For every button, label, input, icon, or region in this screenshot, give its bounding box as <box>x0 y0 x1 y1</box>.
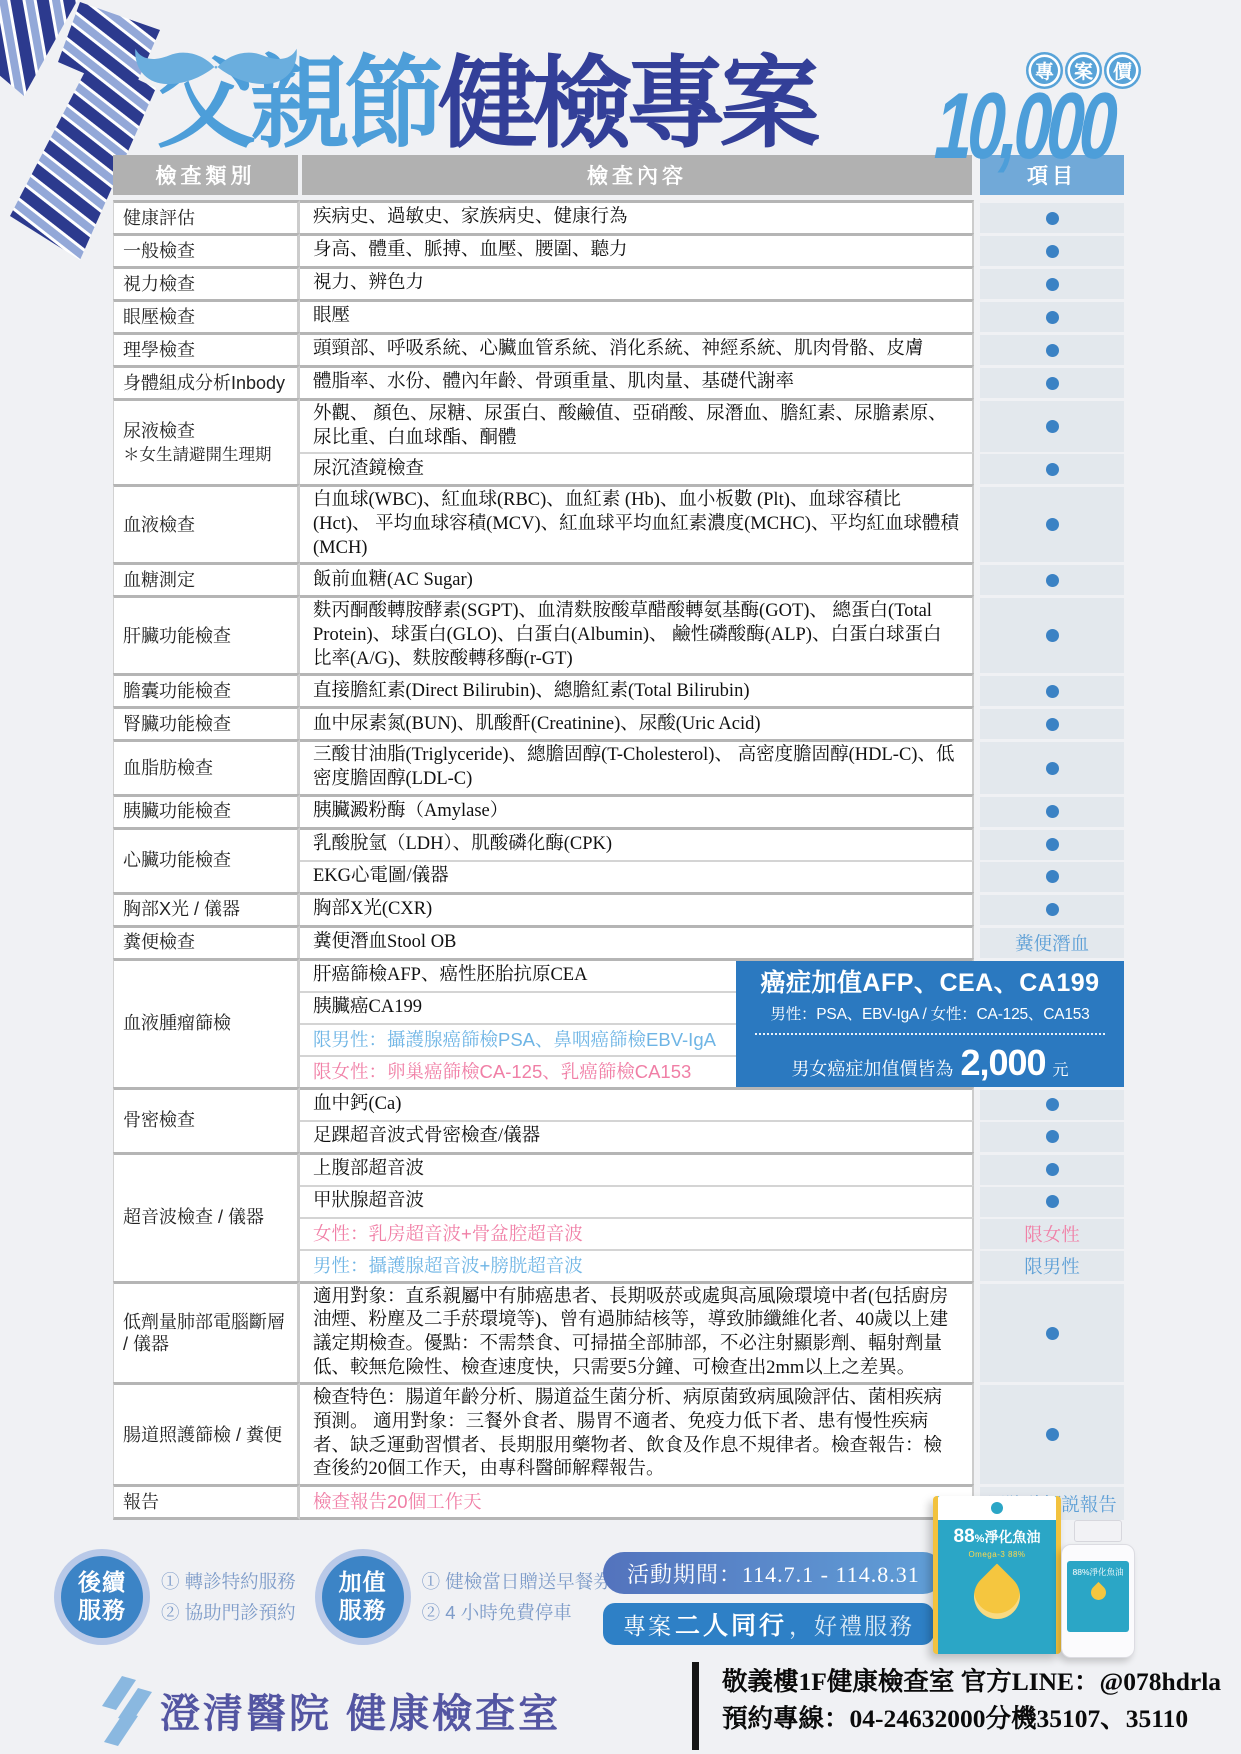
included-dot <box>1046 629 1059 642</box>
table-group: 眼壓檢查眼壓 <box>113 299 1124 332</box>
included-dot <box>1046 805 1059 818</box>
category-label: 血脂肪檢查 <box>123 757 288 780</box>
included-dot <box>1046 1327 1059 1340</box>
table-group: 血糖測定飯前血糖(AC Sugar) <box>113 562 1124 595</box>
item-cell <box>980 236 1124 266</box>
table-group: 身體組成分析Inbody體脂率、水份、體內年齡、骨頭重量、肌肉量、基礎代謝率 <box>113 365 1124 398</box>
item-cell <box>980 1090 1124 1120</box>
included-dot <box>1046 1098 1059 1111</box>
content-cell: 視力、辨色力 <box>300 266 974 299</box>
category-cell: 超音波檢查 / 儀器 <box>113 1152 300 1281</box>
cancer-addon-box: 癌症加值AFP、CEA、CA199男性：PSA、EBV-IgA / 女性：CA-… <box>736 961 1124 1087</box>
badge-char: 價 <box>1104 52 1141 89</box>
content-cell: 適用對象：直系親屬中有肺癌患者、長期吸菸或處與高風險環境中者(包括廚房油煙、粉塵… <box>300 1281 974 1383</box>
item-cell <box>980 709 1124 739</box>
table-group: 胰臟功能檢查胰臟澱粉酶（Amylase） <box>113 794 1124 827</box>
table-group: 血脂肪檢查三酸甘油脂(Triglyceride)、總膽固醇(T-Choleste… <box>113 739 1124 793</box>
content-cell: 外觀、 顏色、尿糖、尿蛋白、酸鹼值、亞硝酸、尿潛血、膽紅素、尿膽素原、 尿比重、… <box>300 398 974 452</box>
omega-text: Omega-3 88% <box>968 1550 1025 1559</box>
badge-char: 專 <box>1026 52 1063 89</box>
col-header-content: 檢查內容 <box>302 155 972 195</box>
item-cell <box>980 269 1124 299</box>
fish-oil-bottle: 88%淨化魚油 <box>1061 1520 1135 1658</box>
category-label: 腸道照護篩檢 / 糞便 <box>123 1424 288 1447</box>
category-label: 糞便檢查 <box>123 931 288 954</box>
contact-location-line: 敬義樓1F健康檢查室 官方LINE：@078hdrla <box>722 1664 1221 1701</box>
included-dot <box>1046 838 1059 851</box>
item-cell <box>980 797 1124 827</box>
content-cell: 尿沉渣鏡檢查 <box>300 452 974 484</box>
table-group: 健康評估疾病史、過敏史、家族病史、健康行為 <box>113 200 1124 233</box>
category-cell: 眼壓檢查 <box>113 299 300 332</box>
followup-service-badge: 後續 服務 <box>61 1556 143 1638</box>
table-group: 肝臟功能檢查麩丙酮酸轉胺酵素(SGPT)、血清麩胺酸草醋酸轉氨基酶(GOT)、 … <box>113 595 1124 673</box>
fish-oil-product: 88%淨化魚油 Omega-3 88% 88%淨化魚油 <box>933 1496 1145 1662</box>
item-cell <box>980 1155 1124 1185</box>
category-cell: 身體組成分析Inbody <box>113 365 300 398</box>
category-label: 健康評估 <box>123 207 288 230</box>
table-group: 低劑量肺部電腦斷層 / 儀器適用對象：直系親屬中有肺癌患者、長期吸菸或處與高風險… <box>113 1281 1124 1383</box>
category-cell: 理學檢查 <box>113 332 300 365</box>
content-cell: EKG心電圖/儀器 <box>300 860 974 892</box>
category-cell: 血糖測定 <box>113 562 300 595</box>
category-cell: 低劑量肺部電腦斷層 / 儀器 <box>113 1281 300 1383</box>
category-cell: 視力檢查 <box>113 266 300 299</box>
item-cell <box>980 1187 1124 1217</box>
mustache-icon <box>132 46 300 102</box>
category-label: 血液檢查 <box>123 514 288 537</box>
badge-char: 案 <box>1065 52 1102 89</box>
mini-droplet-icon <box>1087 1582 1108 1603</box>
content-cell: 血中尿素氮(BUN)、肌酸酐(Creatinine)、尿酸(Uric Acid) <box>300 706 974 739</box>
category-cell: 血液腫瘤篩檢 <box>113 958 300 1087</box>
item-cell <box>980 598 1124 673</box>
item-cell <box>980 454 1124 484</box>
content-cell: 眼壓 <box>300 299 974 332</box>
col-header-category: 檢查類別 <box>113 155 298 195</box>
included-dot <box>1046 574 1059 587</box>
badge-text: 服務 <box>78 1597 126 1625</box>
content-cell: 飯前血糖(AC Sugar) <box>300 562 974 595</box>
included-dot <box>1046 1130 1059 1143</box>
promo-period-pill: 活動期間：114.7.1 - 114.8.31 <box>603 1552 944 1594</box>
category-cell: 健康評估 <box>113 200 300 233</box>
addon-service: 加值 服務 ① 健檢當日贈送早餐券一張 ② 4 小時免費停車 <box>322 1556 649 1638</box>
item-cell <box>980 203 1124 233</box>
category-cell: 腸道照護篩檢 / 糞便 <box>113 1382 300 1484</box>
item-cell <box>980 895 1124 925</box>
item-cell <box>980 401 1124 452</box>
item-cell: 限女性 <box>980 1219 1124 1249</box>
item-cell <box>980 1385 1124 1484</box>
content-cell: 胸部X光(CXR) <box>300 892 974 925</box>
included-dot <box>1046 685 1059 698</box>
table-group: 視力檢查視力、辨色力 <box>113 266 1124 299</box>
content-cell: 檢查特色：腸道年齡分析、腸道益生菌分析、病原菌致病風險評估、菌相疾病預測。 適用… <box>300 1382 974 1484</box>
item-cell: 糞便潛血 <box>980 928 1124 958</box>
included-dot <box>1046 1195 1059 1208</box>
promo-slogan-bar: 專案二人同行，好禮服務 <box>603 1603 934 1645</box>
flyer-page: 父親節健檢專案 10,000 專 案 價 檢查類別 檢查內容 項目 健康評估疾病… <box>0 0 1241 1754</box>
category-label: 血糖測定 <box>123 569 288 592</box>
promo-block: 活動期間：114.7.1 - 114.8.31 專案二人同行，好禮服務 <box>603 1552 944 1645</box>
content-cell: 血中鈣(Ca) <box>300 1087 974 1120</box>
content-cell: 男性：攝護腺超音波+膀胱超音波 <box>300 1249 974 1281</box>
included-dot <box>1046 870 1059 883</box>
hospital-logo-icon <box>102 1676 154 1746</box>
item-cell <box>980 565 1124 595</box>
table-group: 血液檢查白血球(WBC)、紅血球(RBC)、血紅素 (Hb)、血小板數 (Plt… <box>113 484 1124 562</box>
hospital-name: 澄清醫院 健康檢查室 <box>160 1682 561 1739</box>
category-label: 理學檢查 <box>123 339 288 362</box>
footer-divider <box>692 1662 699 1750</box>
included-dot <box>1046 518 1059 531</box>
category-cell: 胸部X光 / 儀器 <box>113 892 300 925</box>
category-cell: 腎臟功能檢查 <box>113 706 300 739</box>
content-cell: 足踝超音波式骨密檢查/儀器 <box>300 1120 974 1152</box>
content-cell: 白血球(WBC)、紅血球(RBC)、血紅素 (Hb)、血小板數 (Plt)、血球… <box>300 484 974 562</box>
cancer-box-priceline: 男女癌症加值價皆為2,000元 <box>791 1042 1068 1084</box>
category-cell: 膽囊功能檢查 <box>113 673 300 706</box>
item-cell <box>980 862 1124 892</box>
cancer-box-subtitle: 男性：PSA、EBV-IgA / 女性：CA-125、CA153 <box>770 1002 1089 1024</box>
content-cell: 胰臟澱粉酶（Amylase） <box>300 794 974 827</box>
category-cell: 胰臟功能檢查 <box>113 794 300 827</box>
fish-oil-box: 88%淨化魚油 Omega-3 88% <box>933 1496 1061 1654</box>
badge-text: 服務 <box>339 1597 387 1625</box>
category-cell: 血脂肪檢查 <box>113 739 300 793</box>
category-cell: 心臟功能檢查 <box>113 827 300 892</box>
category-label: 報告 <box>123 1491 288 1514</box>
price-unit: 元 <box>1053 1057 1069 1080</box>
category-cell: 肝臟功能檢查 <box>113 595 300 673</box>
content-cell: 女性：乳房超音波+骨盆腔超音波 <box>300 1217 974 1249</box>
item-cell: 限男性 <box>980 1251 1124 1281</box>
slogan-bold: 二人同行 <box>675 1606 787 1642</box>
included-dot <box>1046 377 1059 390</box>
item-cell <box>980 676 1124 706</box>
product-name: 88%淨化魚油 <box>954 1526 1041 1548</box>
footer-contact: 敬義樓1F健康檢查室 官方LINE：@078hdrla 預約專線：04-2463… <box>722 1664 1221 1738</box>
content-cell: 體脂率、水份、體內年齡、骨頭重量、肌肉量、基礎代謝率 <box>300 365 974 398</box>
category-note: ＊女生請避開生理期 <box>123 445 288 466</box>
category-label: 身體組成分析Inbody <box>123 372 288 395</box>
table-group: 一般檢查身高、體重、脈搏、血壓、腰圍、聽力 <box>113 233 1124 266</box>
item-cell <box>980 1122 1124 1152</box>
special-price-badges: 專 案 價 <box>1026 52 1141 89</box>
included-dot <box>1046 212 1059 225</box>
item-cell <box>980 368 1124 398</box>
table-group: 超音波檢查 / 儀器上腹部超音波甲狀腺超音波女性：乳房超音波+骨盆腔超音波限女性… <box>113 1152 1124 1281</box>
category-cell: 一般檢查 <box>113 233 300 266</box>
content-cell: 三酸甘油脂(Triglyceride)、總膽固醇(T-Cholesterol)、… <box>300 739 974 793</box>
followup-service: 後續 服務 ① 轉診特約服務 ② 協助門診預約 <box>61 1556 296 1638</box>
content-cell: 糞便潛血Stool OB <box>300 925 974 958</box>
table-group: 腸道照護篩檢 / 糞便檢查特色：腸道年齡分析、腸道益生菌分析、病原菌致病風險評估… <box>113 1382 1124 1484</box>
content-cell: 麩丙酮酸轉胺酵素(SGPT)、血清麩胺酸草醋酸轉氨基酶(GOT)、 總蛋白(To… <box>300 595 974 673</box>
category-label: 胰臟功能檢查 <box>123 800 288 823</box>
included-dot <box>1046 718 1059 731</box>
category-label: 一般檢查 <box>123 240 288 263</box>
included-dot <box>1046 903 1059 916</box>
checkup-table: 檢查類別 檢查內容 項目 健康評估疾病史、過敏史、家族病史、健康行為一般檢查身高… <box>113 155 1124 1520</box>
promo-period-text: 活動期間：114.7.1 - 114.8.31 <box>627 1558 920 1589</box>
bottle-body: 88%淨化魚油 <box>1061 1544 1135 1658</box>
content-cell: 上腹部超音波 <box>300 1152 974 1185</box>
category-label: 眼壓檢查 <box>123 306 288 329</box>
table-group: 骨密檢查血中鈣(Ca)足踝超音波式骨密檢查/儀器 <box>113 1087 1124 1152</box>
price-prefix: 男女癌症加值價皆為 <box>791 1055 953 1081</box>
included-dot <box>1046 311 1059 324</box>
content-cell: 直接膽紅素(Direct Bilirubin)、總膽紅素(Total Bilir… <box>300 673 974 706</box>
bottle-label: 88%淨化魚油 <box>1067 1561 1129 1632</box>
table-group: 糞便檢查糞便潛血Stool OB糞便潛血 <box>113 925 1124 958</box>
category-label: 腎臟功能檢查 <box>123 713 288 736</box>
slogan-prefix: 專案 <box>623 1608 673 1641</box>
item-cell <box>980 335 1124 365</box>
category-cell: 骨密檢查 <box>113 1087 300 1152</box>
service-item: ② 協助門診預約 <box>161 1597 296 1628</box>
included-dot <box>1046 245 1059 258</box>
table-group: 胸部X光 / 儀器胸部X光(CXR) <box>113 892 1124 925</box>
content-cell: 檢查報告20個工作天 <box>300 1484 974 1520</box>
bottle-label-text: 88%淨化魚油 <box>1072 1566 1123 1578</box>
category-label: 肝臟功能檢查 <box>123 625 288 648</box>
table-group: 心臟功能檢查乳酸脫氫（LDH）、肌酸磷化酶(CPK)EKG心電圖/儀器 <box>113 827 1124 892</box>
percent-unit: % <box>975 1533 985 1545</box>
included-dot <box>1046 278 1059 291</box>
category-cell: 血液檢查 <box>113 484 300 562</box>
included-dot <box>1046 1428 1059 1441</box>
services-row: 後續 服務 ① 轉診特約服務 ② 協助門診預約 加值 服務 ① 健檢當日贈送早餐… <box>61 1556 649 1638</box>
table-group: 腎臟功能檢查血中尿素氮(BUN)、肌酸酐(Creatinine)、尿酸(Uric… <box>113 706 1124 739</box>
category-label: 視力檢查 <box>123 273 288 296</box>
category-label: 骨密檢查 <box>123 1109 288 1132</box>
name-text: 淨化魚油 <box>984 1529 1040 1545</box>
category-label: 膽囊功能檢查 <box>123 680 288 703</box>
followup-service-items: ① 轉診特約服務 ② 協助門診預約 <box>161 1566 296 1629</box>
droplet-whale-icon <box>964 1563 1029 1628</box>
service-item: ① 轉診特約服務 <box>161 1566 296 1597</box>
checkup-table-body: 健康評估疾病史、過敏史、家族病史、健康行為一般檢查身高、體重、脈搏、血壓、腰圍、… <box>113 200 1124 1520</box>
category-cell: 糞便檢查 <box>113 925 300 958</box>
table-group: 血液腫瘤篩檢肝癌篩檢AFP、癌性胚胎抗原CEA胰臟癌CA199限男性：攝護腺癌篩… <box>113 958 1124 1087</box>
item-cell <box>980 302 1124 332</box>
included-dot <box>1046 1163 1059 1176</box>
brand-logo-icon <box>991 1502 1003 1514</box>
title-program: 健檢專案 <box>438 48 814 160</box>
category-label: 尿液檢查 <box>123 420 288 443</box>
category-label: 心臟功能檢查 <box>123 849 288 872</box>
dotted-divider <box>755 1033 1104 1035</box>
table-group: 理學檢查頭頸部、呼吸系統、心臟血管系統、消化系統、神經系統、肌肉骨骼、皮膚 <box>113 332 1124 365</box>
addon-price: 2,000 <box>960 1042 1045 1084</box>
category-cell: 尿液檢查＊女生請避開生理期 <box>113 398 300 484</box>
addon-service-badge: 加值 服務 <box>322 1556 404 1638</box>
content-cell: 疾病史、過敏史、家族病史、健康行為 <box>300 200 974 233</box>
badge-text: 後續 <box>78 1569 126 1597</box>
content-cell: 頭頸部、呼吸系統、心臟血管系統、消化系統、神經系統、肌肉骨骼、皮膚 <box>300 332 974 365</box>
table-group: 膽囊功能檢查直接膽紅素(Direct Bilirubin)、總膽紅素(Total… <box>113 673 1124 706</box>
item-cell <box>980 1284 1124 1383</box>
category-cell: 報告 <box>113 1484 300 1520</box>
category-label: 超音波檢查 / 儀器 <box>123 1206 288 1229</box>
content-cell: 乳酸脫氫（LDH）、肌酸磷化酶(CPK) <box>300 827 974 860</box>
percent-text: 88 <box>954 1526 975 1547</box>
included-dot <box>1046 344 1059 357</box>
badge-text: 加值 <box>339 1569 387 1597</box>
content-cell: 身高、體重、脈搏、血壓、腰圍、聽力 <box>300 233 974 266</box>
included-dot <box>1046 762 1059 775</box>
cancer-box-title: 癌症加值AFP、CEA、CA199 <box>760 963 1099 999</box>
contact-phone-line: 預約專線：04-24632000分機35107、35110 <box>722 1701 1221 1738</box>
brand-band <box>938 1496 1056 1520</box>
category-label: 血液腫瘤篩檢 <box>123 1012 288 1035</box>
category-label: 低劑量肺部電腦斷層 / 儀器 <box>123 1311 288 1356</box>
included-dot <box>1046 463 1059 476</box>
item-cell <box>980 830 1124 860</box>
item-cell <box>980 487 1124 562</box>
table-group: 尿液檢查＊女生請避開生理期外觀、 顏色、尿糖、尿蛋白、酸鹼值、亞硝酸、尿潛血、膽… <box>113 398 1124 484</box>
category-label: 胸部X光 / 儀器 <box>123 898 288 921</box>
content-cell: 甲狀腺超音波 <box>300 1185 974 1217</box>
bottle-cap <box>1074 1520 1122 1542</box>
item-cell <box>980 742 1124 793</box>
included-dot <box>1046 420 1059 433</box>
slogan-suffix: ，好禮服務 <box>789 1608 914 1641</box>
